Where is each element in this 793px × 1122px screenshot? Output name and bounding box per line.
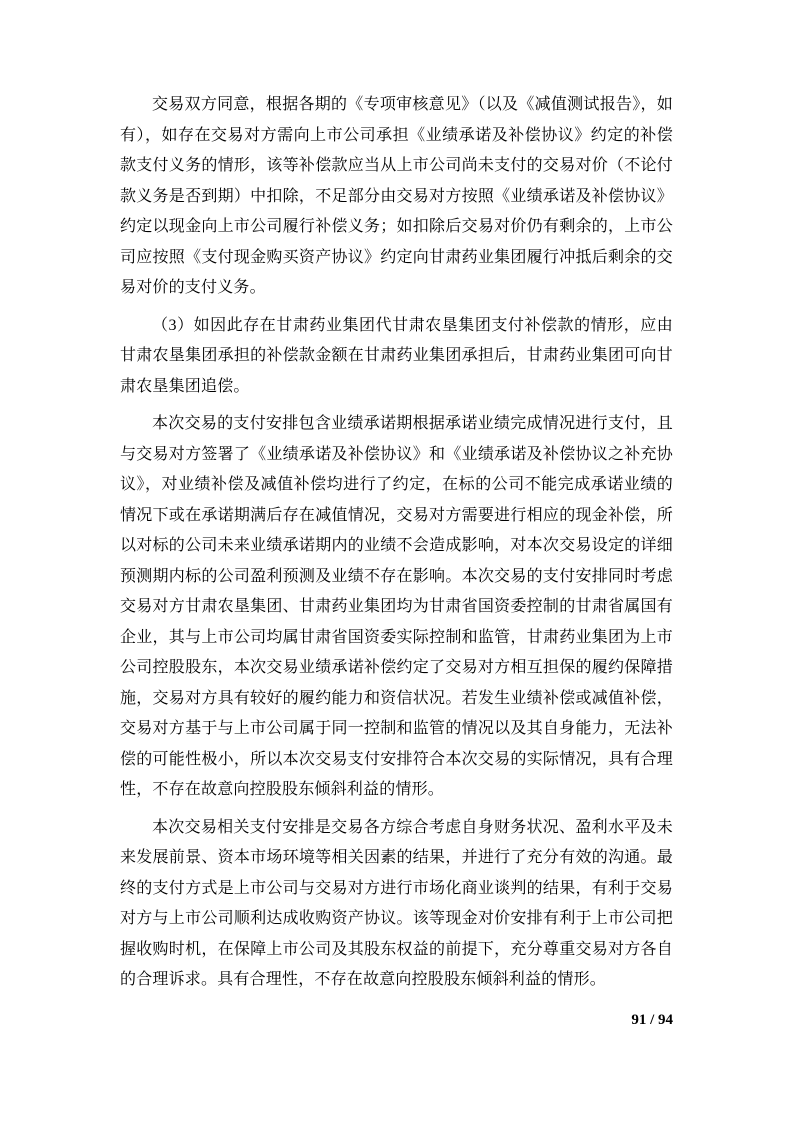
body-paragraph: 本次交易相关支付安排是交易各方综合考虑自身财务状况、盈利水平及未来发展前景、资本…	[120, 813, 673, 996]
body-paragraph: 交易双方同意，根据各期的《专项审核意见》（以及《减值测试报告》，如有），如存在交…	[120, 90, 673, 304]
document-body: 交易双方同意，根据各期的《专项审核意见》（以及《减值测试报告》，如有），如存在交…	[120, 90, 673, 996]
body-paragraph: （3）如因此存在甘肃药业集团代甘肃农垦集团支付补偿款的情形，应由甘肃农垦集团承担…	[120, 311, 673, 403]
body-paragraph: 本次交易的支付安排包含业绩承诺期根据承诺业绩完成情况进行支付，且与交易对方签署了…	[120, 409, 673, 806]
page-number: 91 / 94	[120, 1010, 673, 1030]
document-page: 交易双方同意，根据各期的《专项审核意见》（以及《减值测试报告》，如有），如存在交…	[0, 0, 793, 1122]
